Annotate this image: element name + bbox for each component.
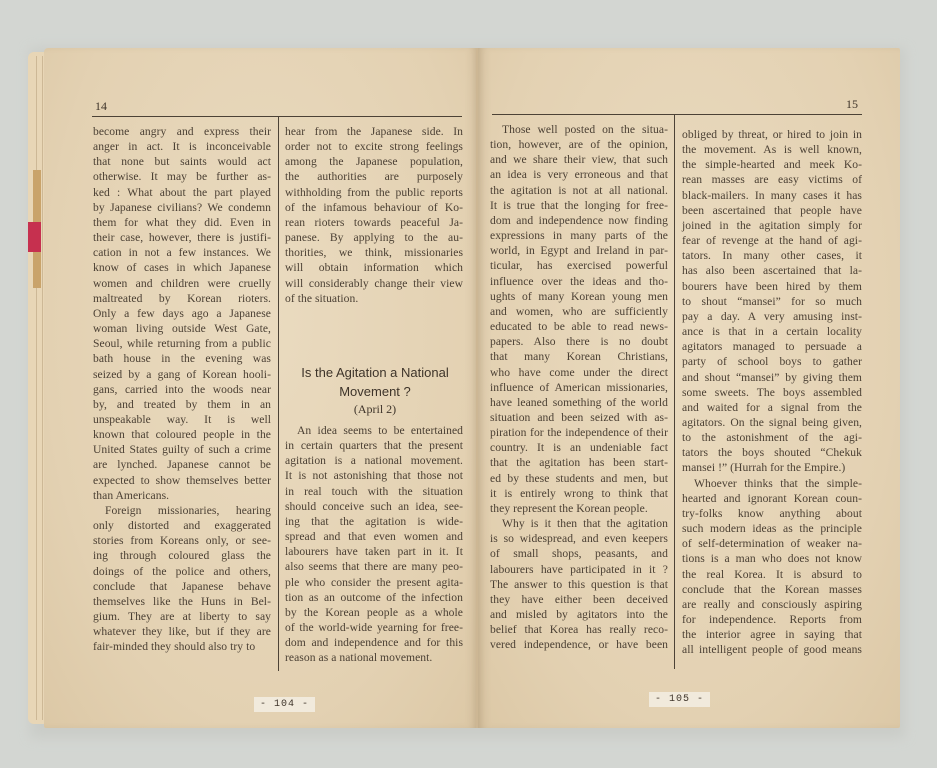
text-line: rean rioters towards peaceful Ja- <box>285 215 463 230</box>
text-line: among the Japanese population, <box>285 154 463 169</box>
text-line: panese. By applying to the au- <box>285 230 463 245</box>
text-line: only distorted and exaggerated <box>93 518 271 533</box>
text-line: Seoul, while returning from a public <box>93 336 271 351</box>
text-line: ughts of many Korean young men <box>490 289 668 304</box>
text-line: by, and treated by them in an <box>93 397 271 412</box>
text-line: for independence. Reports from <box>682 612 862 627</box>
right-column-1: Those well posted on the situa-tion, how… <box>490 122 668 652</box>
text-line: agitation is a national movement. <box>285 453 463 468</box>
text-line: gans, carried into the woods near <box>93 382 271 397</box>
text-line: United States guilty of such a crime <box>93 442 271 457</box>
text-line: woman living outside West Gate, <box>93 321 271 336</box>
text-line: and we share their view, that such <box>490 152 668 167</box>
text-line: has also been ascertained that la- <box>682 263 862 278</box>
header-rule-right <box>492 114 862 115</box>
text-line: Only a few days ago a Japanese <box>93 306 271 321</box>
text-line: to shout “mansei” for so much <box>682 294 862 309</box>
text-line: the agitation is not at all national. <box>490 183 668 198</box>
text-line: It is not astonishing that those not <box>285 468 463 483</box>
text-line: of small shops, peasants, and <box>490 546 668 561</box>
text-line: of the situation. <box>285 291 463 306</box>
text-line: labourers have taken part in it. It <box>285 544 463 559</box>
text-line: fear of revenge at the hand of agi- <box>682 233 862 248</box>
text-line: their case, however, there is justifi- <box>93 230 271 245</box>
text-line: cation in not a few instances. We <box>93 245 271 260</box>
text-line: themselves like the Huns in Bel- <box>93 594 271 609</box>
left-column-2: hear from the Japanese side. Inorder not… <box>285 124 463 306</box>
text-line: will obtain information which <box>285 260 463 275</box>
text-line: in real touch with the situation <box>285 484 463 499</box>
text-line: Whoever thinks that the simple- <box>682 476 862 491</box>
text-line: black-mailers. In many cases it has <box>682 188 862 203</box>
text-line: pay a day. A very amusing inst- <box>682 309 862 324</box>
text-line: tators. In many other cases, it <box>682 248 862 263</box>
text-line: all intelligent people of good means <box>682 642 862 657</box>
text-line: obliged by threat, or hired to join in <box>682 127 862 142</box>
text-line: stories from Koreans only, or see- <box>93 533 271 548</box>
text-line: spread and that even women and <box>285 529 463 544</box>
right-column-2: obliged by threat, or hired to join inth… <box>682 127 862 657</box>
text-line: ked : What about the part played <box>93 185 271 200</box>
text-line: of the world-wide yearning for free- <box>285 620 463 635</box>
text-line: country. It is an undeniable fact <box>490 440 668 455</box>
text-line: influence of American missionaries, <box>490 380 668 395</box>
text-line: conclude that Japanese behave <box>93 579 271 594</box>
bookmark-tab <box>28 222 41 252</box>
column-divider-left <box>278 116 279 671</box>
text-line: educated to be able to read news- <box>490 319 668 334</box>
text-line: mansei !” (Hurrah for the Empire.) <box>682 460 862 475</box>
text-line: try-folks know anything about <box>682 506 862 521</box>
article-heading: Is the Agitation a National Movement ? <box>282 363 468 401</box>
text-line: tion, however, are of the opinion, <box>490 137 668 152</box>
text-line: is so widespread, and even keepers <box>490 531 668 546</box>
text-line: agitators. On the signal being given, <box>682 415 862 430</box>
text-line: an idea is very erroneous and that <box>490 167 668 182</box>
text-line: that none but saints would act <box>93 154 271 169</box>
text-line: gium. They are at liberty to say <box>93 609 271 624</box>
text-line: expressions in many parts of the <box>490 228 668 243</box>
text-line: withholding from the public reports <box>285 185 463 200</box>
text-line: the real Korea. It is absurd to <box>682 567 862 582</box>
text-line: been ascertained that people have <box>682 203 862 218</box>
text-line: ing that the agitation is wide- <box>285 514 463 529</box>
text-line: also seems that there are many peo- <box>285 559 463 574</box>
text-line: have leaned something of the world <box>490 395 668 410</box>
article-heading-line-2: Movement ? <box>282 382 468 401</box>
text-line: bourers have been hired by them <box>682 279 862 294</box>
text-line: and shout “mansei” by giving them <box>682 370 862 385</box>
text-line: ance is that in a certain locality <box>682 324 862 339</box>
text-line: conclude that the Korean masses <box>682 582 862 597</box>
text-line: reason as a national movement. <box>285 650 463 665</box>
text-line: in certain quarters that the present <box>285 438 463 453</box>
text-line: and women, who are sufficiently <box>490 304 668 319</box>
text-line: and waited for a signal from the <box>682 400 862 415</box>
text-line: Those well posted on the situa- <box>490 122 668 137</box>
text-line: thorities, we think, missionaries <box>285 245 463 260</box>
text-line: who have come under the direct <box>490 365 668 380</box>
text-line: by Japanese civilians? We condemn <box>93 200 271 215</box>
text-line: tators the boys shouted “Chekuk <box>682 445 862 460</box>
text-line: they represent the Korean people. <box>490 501 668 516</box>
text-line: the interior agree in saying that <box>682 627 862 642</box>
article-date: (April 2) <box>282 402 468 417</box>
text-line: rean masses are easy victims of <box>682 172 862 187</box>
text-line: ticular, has exercised powerful <box>490 258 668 273</box>
text-line: tions is a man who does not know <box>682 551 862 566</box>
text-line: will considerably change their view <box>285 276 463 291</box>
text-line: ing through coloured glass the <box>93 548 271 563</box>
text-line: of the infamous behaviour of Ko- <box>285 200 463 215</box>
text-line: some sweets. The boys assembled <box>682 385 862 400</box>
page-number-left: 14 <box>95 99 107 114</box>
text-line: world, in Egypt and Ireland in par- <box>490 243 668 258</box>
text-line: whatever they like, but if they are <box>93 624 271 639</box>
page-number-right: 15 <box>846 97 858 112</box>
text-line: joined in the agitation simply for <box>682 218 862 233</box>
text-line: the simple-hearted and meek Ko- <box>682 157 862 172</box>
text-line: are lynched. Japanese cannot be <box>93 457 271 472</box>
text-line: ple who consider the present agita- <box>285 575 463 590</box>
text-line: hear from the Japanese side. In <box>285 124 463 139</box>
text-line: known that coloured people in the <box>93 427 271 442</box>
text-line: it is entirely wrong to think that <box>490 486 668 501</box>
text-line: vered independence, or have been <box>490 637 668 652</box>
text-line: such modern ideas as the principle <box>682 521 862 536</box>
text-line: fair-minded they should also try to <box>93 639 271 654</box>
text-line: than Americans. <box>93 488 271 503</box>
article-heading-line-1: Is the Agitation a National <box>282 363 468 382</box>
text-line: to the astonishment of the agi- <box>682 430 862 445</box>
text-line: piration for the independence of their <box>490 425 668 440</box>
text-line: that the agitation has been start- <box>490 455 668 470</box>
text-line: unspeakable way. It is well <box>93 412 271 427</box>
text-line: should conceive such an idea, see- <box>285 499 463 514</box>
text-line: otherwise. It may be further as- <box>93 169 271 184</box>
text-line: them for what they did. Even in <box>93 215 271 230</box>
header-rule-left <box>92 116 462 117</box>
text-line: tion as an outcome of the infection <box>285 590 463 605</box>
text-line: by the Korean people as a whole <box>285 605 463 620</box>
text-line: and misled by agitators into the <box>490 607 668 622</box>
text-line: know of cases in which Japanese <box>93 260 271 275</box>
text-line: dom and independence and for this <box>285 635 463 650</box>
text-line: the movement. As is well known, <box>682 142 862 157</box>
text-line: women and children were cruelly <box>93 276 271 291</box>
text-line: belief that Korea has really reco- <box>490 622 668 637</box>
text-line: The answer to this question is that <box>490 577 668 592</box>
text-line: hearted and ignorant Korean coun- <box>682 491 862 506</box>
text-line: seized by a gang of Korean hooli- <box>93 367 271 382</box>
text-line: situation and been seized with as- <box>490 410 668 425</box>
text-line: It is true that the longing for free- <box>490 198 668 213</box>
text-line: Foreign missionaries, hearing <box>93 503 271 518</box>
text-line: agitators managed to persuade a <box>682 339 862 354</box>
text-line: that many Korean Christians, <box>490 349 668 364</box>
text-line: bath house in the evening was <box>93 351 271 366</box>
folio-right: - 105 - <box>649 692 710 707</box>
text-line: become angry and express their <box>93 124 271 139</box>
text-line: influence over the ideas and tho- <box>490 274 668 289</box>
text-line: maltreated by Korean rioters. <box>93 291 271 306</box>
text-line: ed by these students and men, but <box>490 471 668 486</box>
left-column-1: become angry and express theiranger in a… <box>93 124 271 654</box>
text-line: the authorities are purposely <box>285 169 463 184</box>
text-line: of self-determination of weaker na- <box>682 536 862 551</box>
text-line: labourers have participated in it ? <box>490 562 668 577</box>
text-line: they have either been deceived <box>490 592 668 607</box>
text-line: are really and consciously aspiring <box>682 597 862 612</box>
folio-left: - 104 - <box>254 697 315 712</box>
text-line: order not to excite strong feelings <box>285 139 463 154</box>
column-divider-right <box>674 114 675 669</box>
text-line: papers. Also there is no doubt <box>490 334 668 349</box>
text-line: party of school boys to gather <box>682 354 862 369</box>
article-body: An idea seems to be entertainedin certai… <box>285 423 463 666</box>
text-line: doings of the police and others, <box>93 564 271 579</box>
text-line: anger in act. It is inconceivable <box>93 139 271 154</box>
text-line: Why is it then that the agitation <box>490 516 668 531</box>
text-line: An idea seems to be entertained <box>285 423 463 438</box>
text-line: dom and independence now finding <box>490 213 668 228</box>
text-line: expected to show themselves better <box>93 473 271 488</box>
